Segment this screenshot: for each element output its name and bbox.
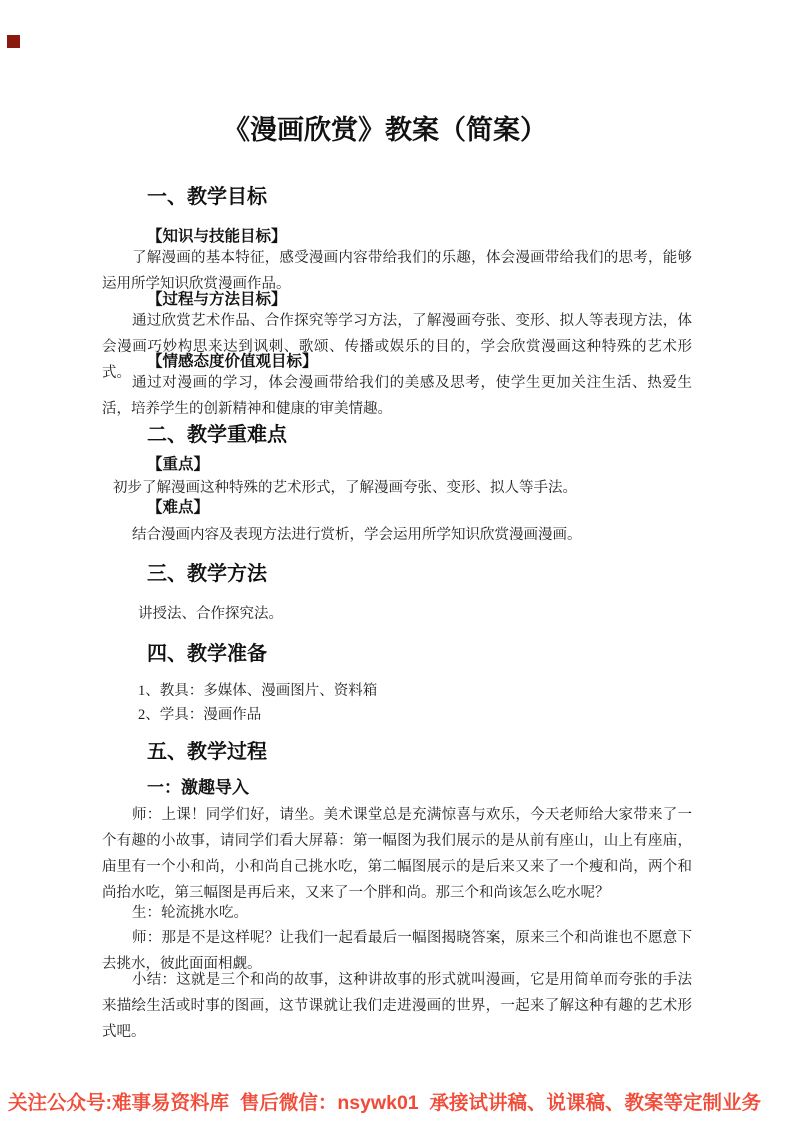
section-heading-preparation: 四、教学准备 xyxy=(147,640,267,668)
footer-promo-banner: 关注公众号:难事易资料库 售后微信：nsywk01 承接试讲稿、说课稿、教案等定… xyxy=(8,1091,793,1115)
section-heading-key-points: 二、教学重难点 xyxy=(147,421,287,449)
label-key-point: 【重点】 xyxy=(147,454,209,475)
section-heading-methods: 三、教学方法 xyxy=(147,560,267,588)
label-difficult-point: 【难点】 xyxy=(147,497,209,518)
preparation-list: 1、教具：多媒体、漫画图片、资料箱 2、学具：漫画作品 xyxy=(102,679,692,727)
preparation-item-student-tools: 2、学具：漫画作品 xyxy=(102,703,692,727)
dialogue-summary: 小结：这就是三个和尚的故事，这种讲故事的形式就叫漫画，它是用简单而夸张的手法来描… xyxy=(102,967,692,1045)
label-emotion-value-goal: 【情感态度价值观目标】 xyxy=(147,351,318,372)
label-process-method-goal: 【过程与方法目标】 xyxy=(147,289,287,310)
paragraph-emotion-value-goal: 通过对漫画的学习，体会漫画带给我们的美感及思考，使学生更加关注生活、热爱生活，培… xyxy=(102,370,692,422)
label-knowledge-skill-goal: 【知识与技能目标】 xyxy=(147,226,287,247)
paragraph-teaching-methods: 讲授法、合作探究法。 xyxy=(102,601,692,627)
paragraph-difficult-point: 结合漫画内容及表现方法进行赏析，学会运用所学知识欣赏漫画漫画。 xyxy=(102,522,692,548)
section-heading-objectives: 一、教学目标 xyxy=(147,183,267,211)
subsection-heading-lead-in: 一：激趣导入 xyxy=(147,776,249,800)
page-title: 《漫画欣赏》教案（简案） xyxy=(0,112,770,148)
document-page: 《漫画欣赏》教案（简案） 一、教学目标 【知识与技能目标】 了解漫画的基本特征，… xyxy=(0,0,793,1122)
preparation-item-teacher-tools: 1、教具：多媒体、漫画图片、资料箱 xyxy=(102,679,692,703)
dialogue-student-answer: 生：轮流挑水吃。 xyxy=(102,900,692,926)
dialogue-teacher-intro: 师：上课！同学们好，请坐。美术课堂总是充满惊喜与欢乐，今天老师给大家带来了一个有… xyxy=(102,802,692,906)
section-heading-process: 五、教学过程 xyxy=(147,738,267,766)
corner-marker-square xyxy=(7,35,20,48)
